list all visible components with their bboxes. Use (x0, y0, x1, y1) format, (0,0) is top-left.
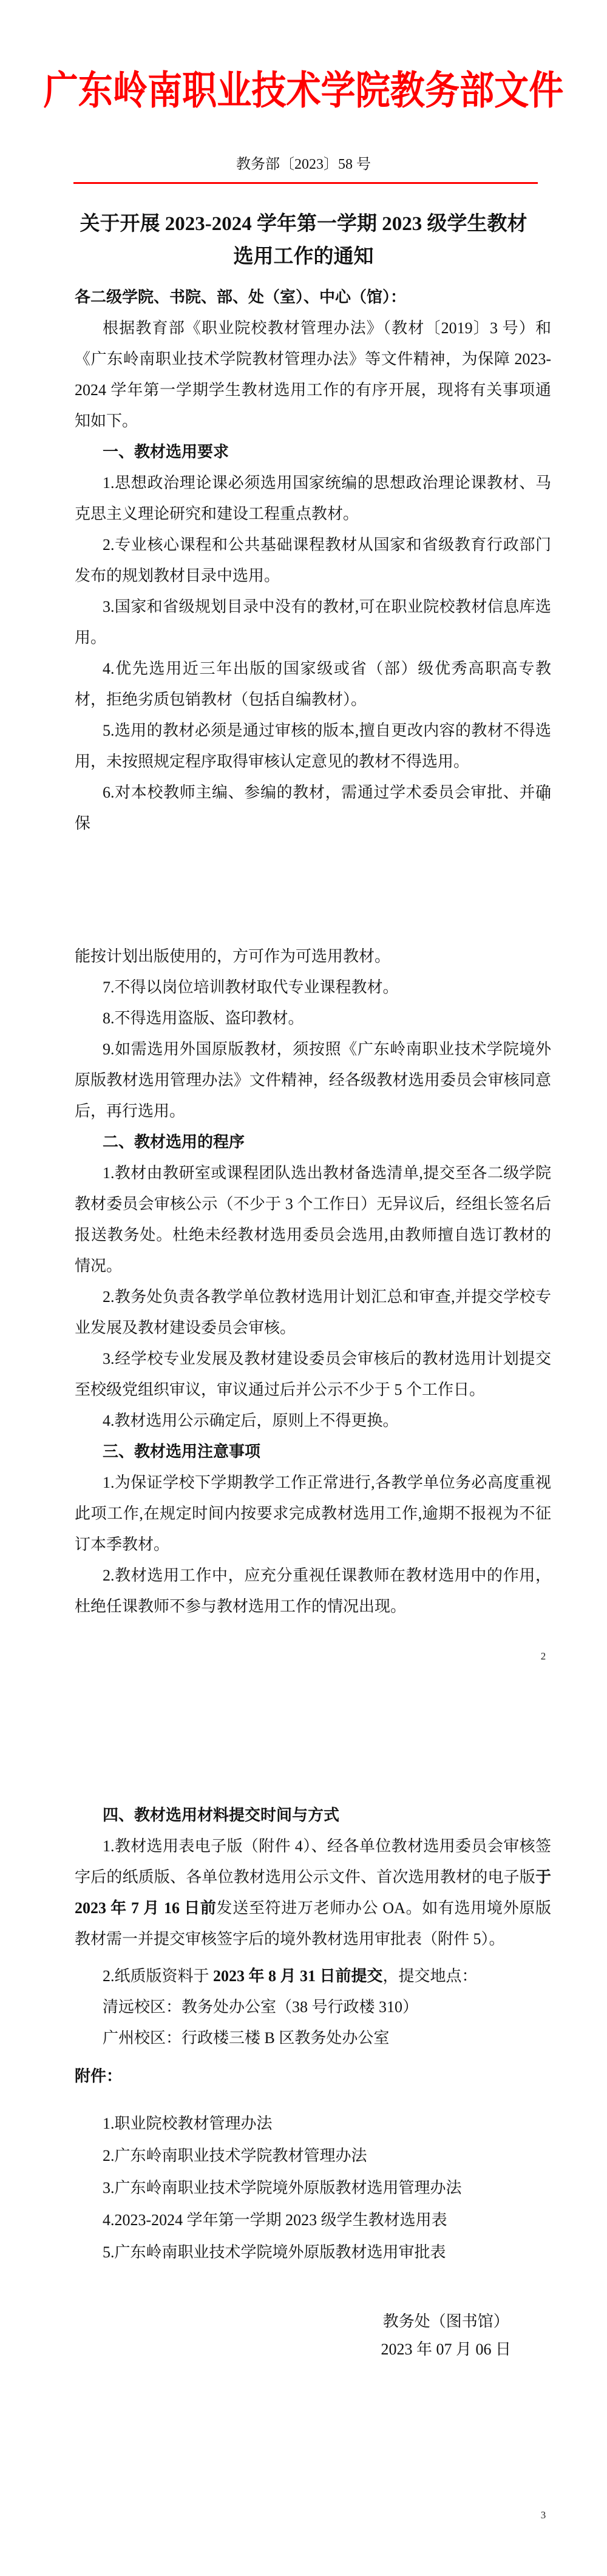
attachment-item-5: 5.广东岭南职业技术学院境外原版教材选用审批表 (75, 2236, 551, 2268)
page-1-body: 各二级学院、书院、部、处（室）、中心（馆）： 根据教育部《职业院校教材管理办法》… (75, 282, 551, 839)
requirement-item-5: 5.选用的教材必须是通过审核的版本,擅自更改内容的教材不得选用，未按照规定程序取… (75, 715, 551, 777)
procedure-item-4: 4.教材选用公示确定后，原则上不得更换。 (75, 1405, 551, 1436)
document-title: 关于开展 2023-2024 学年第一学期 2023 级学生教材 选用工作的通知 (0, 208, 607, 273)
requirement-item-6-continuation: 能按计划出版使用的，方可作为可选用教材。 (75, 941, 551, 972)
requirement-item-4: 4.优先选用近三年出版的国家级或省（部）级优秀高职高专教材，拒绝劣质包销教材（包… (75, 653, 551, 715)
requirement-item-3: 3.国家和省级规划目录中没有的教材,可在职业院校教材信息库选用。 (75, 591, 551, 653)
page-3-body: 四、教材选用材料提交时间与方式 1.教材选用表电子版（附件 4）、经各单位教材选… (75, 1800, 551, 2053)
requirement-item-2: 2.专业核心课程和公共基础课程教材从国家和省级教育行政部门发布的规划教材目录中选… (75, 529, 551, 591)
page-3: 四、教材选用材料提交时间与方式 1.教材选用表电子版（附件 4）、经各单位教材选… (0, 1718, 607, 2576)
page-number-3: 3 (534, 2509, 552, 2521)
page-1: 广东岭南职业技术学院教务部文件 教务部〔2023〕58 号 关于开展 2023-… (0, 0, 607, 859)
submit-paper-text: 2.纸质版资料于 (103, 1967, 213, 1985)
submit-electronic-paragraph: 1.教材选用表电子版（附件 4）、经各单位教材选用委员会审核签字后的纸质版、各单… (75, 1831, 551, 1954)
submit-paper-text-2: ，提交地点： (383, 1967, 478, 1985)
official-document: 广东岭南职业技术学院教务部文件 教务部〔2023〕58 号 关于开展 2023-… (0, 0, 607, 2576)
requirement-item-1: 1.思想政治理论课必须选用国家统编的思想政治理论课教材、马克思主义理论研究和建设… (75, 467, 551, 529)
attachments-list: 1.职业院校教材管理办法 2.广东岭南职业技术学院教材管理办法 3.广东岭南职业… (75, 2107, 551, 2268)
procedure-item-3: 3.经学校专业发展及教材建设委员会审核后的教材选用计划提交至校级党组织审议，审议… (75, 1343, 551, 1405)
attachments-label: 附件： (75, 2064, 122, 2086)
section-4-heading: 四、教材选用材料提交时间与方式 (75, 1800, 551, 1831)
signature-department: 教务处（图书馆） (381, 2308, 511, 2336)
red-divider-line (73, 182, 538, 184)
section-1-heading: 一、教材选用要求 (75, 436, 551, 467)
location-qingyuan: 清远校区：教务处办公室（38 号行政楼 310） (75, 1991, 551, 2022)
document-title-line2: 选用工作的通知 (0, 240, 607, 273)
requirement-item-7: 7.不得以岗位培训教材取代专业课程教材。 (75, 972, 551, 1003)
signature-block: 教务处（图书馆） 2023 年 07 月 06 日 (381, 2308, 511, 2364)
attachment-item-4: 4.2023-2024 学年第一学期 2023 级学生教材选用表 (75, 2204, 551, 2236)
doc-number: 教务部〔2023〕58 号 (0, 155, 607, 174)
requirement-item-9: 9.如需选用外国原版教材，须按照《广东岭南职业技术学院境外原版教材选用管理办法》… (75, 1034, 551, 1127)
intro-paragraph: 根据教育部《职业院校教材管理办法》（教材〔2019〕3 号）和《广东岭南职业技术… (75, 313, 551, 436)
attachment-item-3: 3.广东岭南职业技术学院境外原版教材选用管理办法 (75, 2172, 551, 2204)
section-2-heading: 二、教材选用的程序 (75, 1127, 551, 1158)
document-title-line1: 关于开展 2023-2024 学年第一学期 2023 级学生教材 (0, 208, 607, 240)
page-2-body: 能按计划出版使用的，方可作为可选用教材。 7.不得以岗位培训教材取代专业课程教材… (75, 941, 551, 1622)
location-guangzhou: 广州校区：行政楼三楼 B 区教务处办公室 (75, 2022, 551, 2053)
procedure-item-1: 1.教材由教研室或课程团队选出教材备选清单,提交至各二级学院教材委员会审核公示（… (75, 1158, 551, 1281)
submit-electronic-text: 1.教材选用表电子版（附件 4）、经各单位教材选用委员会审核签字后的纸质版、各单… (75, 1837, 551, 1886)
submit-paper-paragraph: 2.纸质版资料于 2023 年 8 月 31 日前提交，提交地点： (75, 1961, 551, 1991)
page-2: 能按计划出版使用的，方可作为可选用教材。 7.不得以岗位培训教材取代专业课程教材… (0, 859, 607, 1718)
org-title: 广东岭南职业技术学院教务部文件 (0, 69, 607, 114)
note-item-2: 2.教材选用工作中，应充分重视任课教师在教材选用中的作用，杜绝任课教师不参与教材… (75, 1560, 551, 1622)
submit-paper-deadline: 2023 年 8 月 31 日前提交 (213, 1967, 383, 1985)
section-3-heading: 三、教材选用注意事项 (75, 1436, 551, 1467)
requirement-item-6: 6.对本校教师主编、参编的教材，需通过学术委员会审批、并确保 (75, 777, 551, 839)
signature-date: 2023 年 07 月 06 日 (381, 2336, 511, 2364)
procedure-item-2: 2.教务处负责各教学单位教材选用计划汇总和审查,并提交学校专业发展及教材建设委员… (75, 1281, 551, 1343)
requirement-item-8: 8.不得选用盗版、盗印教材。 (75, 1003, 551, 1034)
attachment-item-1: 1.职业院校教材管理办法 (75, 2107, 551, 2140)
page-number-1: 1 (534, 791, 552, 804)
page-number-2: 2 (534, 1650, 552, 1663)
salutation: 各二级学院、书院、部、处（室）、中心（馆）： (75, 282, 551, 313)
note-item-1: 1.为保证学校下学期教学工作正常进行,各教学单位务必高度重视此项工作,在规定时间… (75, 1467, 551, 1560)
attachment-item-2: 2.广东岭南职业技术学院教材管理办法 (75, 2140, 551, 2172)
